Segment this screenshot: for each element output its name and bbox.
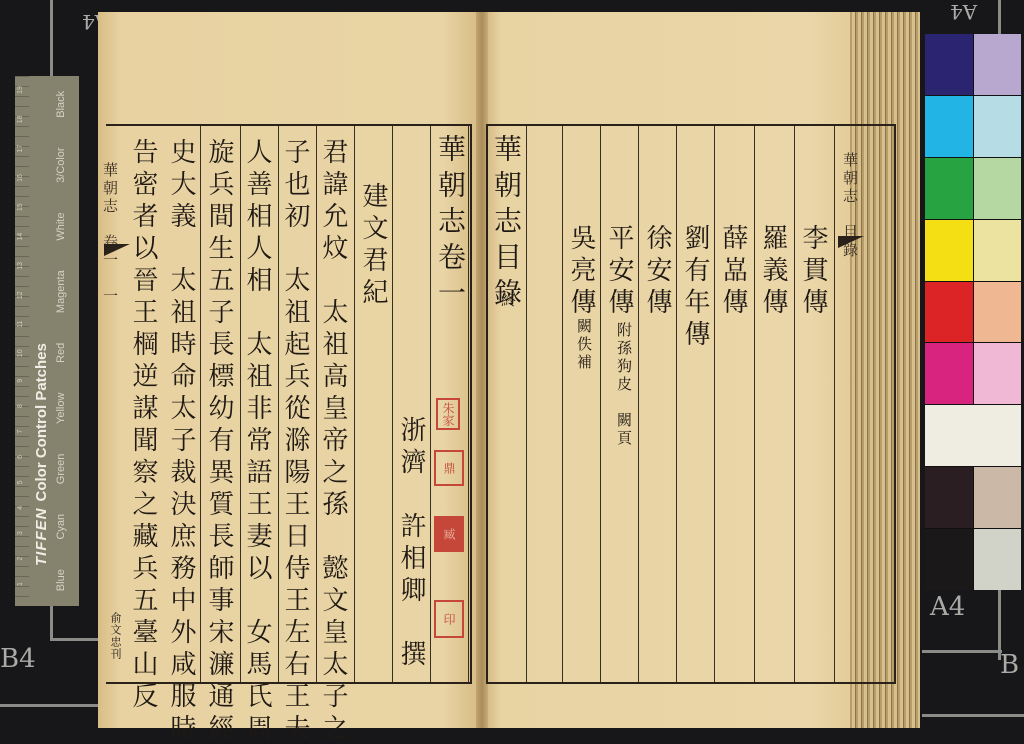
section-title: 建文君紀 (360, 182, 386, 310)
column-rule (278, 126, 279, 682)
catalog-entry: 徐安傳 (644, 224, 670, 320)
board-line (922, 714, 1024, 717)
volume-heading: 華朝志卷一 (436, 134, 464, 314)
board-label: A4 (930, 592, 965, 622)
body-column: 史大義 太祖時命太子裁決庶務中外咸服時 (168, 138, 194, 744)
patch-magenta-dark (925, 343, 973, 404)
patch-green-light (974, 158, 1022, 219)
ruler-color-labels: BlueCyanGreenYellowRedMagentaWhite3/Colo… (55, 76, 67, 606)
patch-red-dark (925, 282, 973, 343)
column-rule (526, 126, 527, 682)
catalog-entry-note: 闕佚補 (576, 318, 591, 372)
patch-cyan-dark (925, 96, 973, 157)
catalog-entry: 羅義傳 (760, 224, 786, 320)
column-rule (754, 126, 755, 682)
catalog-entry: 李貫傳 (800, 224, 826, 320)
red-seal: 朱家 (436, 398, 460, 430)
catalog-entry-note: 附孫狗皮 闕頁 (616, 322, 631, 448)
patch-black-dark (925, 529, 973, 590)
ruler-title: TIFFENColor Control Patches (33, 343, 50, 566)
column-rule (200, 126, 201, 682)
author-line: 浙濟 許相卿 撰 (398, 416, 424, 672)
printer-mark: 俞文忠刊 (110, 612, 121, 660)
patch-black-light (974, 529, 1022, 590)
catalog-entry: 吳亮傳 (568, 224, 594, 320)
fish-tail-mark (838, 236, 864, 248)
board-line (50, 638, 100, 641)
body-column: 人善相人相 太祖非常語王妻以 女馬氏周 (244, 138, 270, 744)
column-rule (714, 126, 715, 682)
tiffen-color-ruler: 12345678910111213141516171819 TIFFENColo… (15, 76, 79, 606)
catalog-heading: 華朝志目錄 (492, 134, 520, 314)
ruler-cm-scale: 12345678910111213141516171819 (17, 86, 24, 586)
board-label: A4 (950, 0, 977, 24)
body-column: 告密者以晉王棡逆謀聞察之藏兵五臺山反 (130, 138, 156, 714)
column-rule (392, 126, 393, 682)
left-margin-fold: 華朝志 卷一 一 (102, 162, 117, 306)
patch-yellow-light (974, 220, 1022, 281)
tiffen-brand: TIFFEN (33, 508, 50, 567)
patch-blue-dark (925, 34, 973, 95)
board-label: B (1000, 650, 1019, 680)
column-rule (676, 126, 677, 682)
column-rule (240, 126, 241, 682)
red-seal: 鼎 (434, 450, 464, 486)
patch-magenta-light (974, 343, 1022, 404)
open-book: 華朝志 卷一 一 俞文忠刊 華朝志卷一 浙濟 許相卿 撰 建文君紀 君諱允炆 太… (98, 12, 920, 730)
column-rule (316, 126, 317, 682)
patch-cyan-light (974, 96, 1022, 157)
column-rule (638, 126, 639, 682)
catalog-entry: 薛嵓傳 (720, 224, 746, 320)
column-rule (600, 126, 601, 682)
body-column: 君諱允炆 太祖高皇帝之孫 懿文皇太子之 (320, 138, 346, 744)
body-column: 子也初 太祖起兵從滁陽王日侍王左右王夫 (282, 138, 308, 744)
column-rule (468, 126, 469, 682)
fish-tail-mark (104, 244, 130, 256)
patch-3color-light (974, 467, 1022, 528)
patch-blue-light (974, 34, 1022, 95)
catalog-entry: 劉有年傳 (682, 224, 708, 352)
patch-yellow-dark (925, 220, 973, 281)
column-rule (794, 126, 795, 682)
column-rule (834, 126, 835, 682)
board-line (0, 704, 100, 707)
column-rule (562, 126, 563, 682)
color-control-patches (925, 34, 1021, 590)
patch-green-dark (925, 158, 973, 219)
catalog-entry: 平安傳 (606, 224, 632, 320)
red-seal: 臧 (434, 516, 464, 552)
column-rule (430, 126, 431, 682)
column-rule (354, 126, 355, 682)
patch-white (925, 405, 1021, 466)
patch-3color-dark (925, 467, 973, 528)
board-label: B4 (0, 644, 36, 674)
patch-red-light (974, 282, 1022, 343)
red-seal: 印 (434, 600, 464, 638)
board-line (922, 650, 1002, 653)
body-column: 旋兵間生五子長標幼有異質長師事宋濂通經 (206, 138, 232, 744)
catalog-end-note: 終 (500, 292, 515, 310)
